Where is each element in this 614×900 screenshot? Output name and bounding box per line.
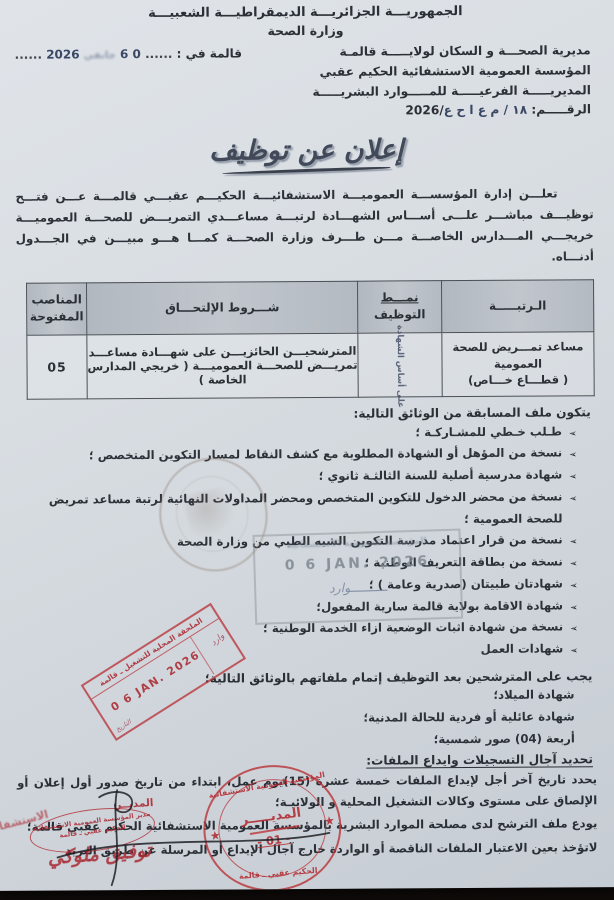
date-year: 2026 bbox=[46, 47, 79, 61]
list-item-text: نسخة من المؤهل أو الشهادة المطلوبة مع كش… bbox=[89, 443, 562, 468]
cell-conditions: المترشحيـــن الحائزيـــن على شهـــادة مس… bbox=[87, 333, 358, 399]
list-item-text: نسخة من قرار اعتماد مدرسة التكوين الشبه … bbox=[177, 530, 563, 554]
table-header-mode-line1: نمـــط bbox=[358, 289, 441, 307]
arrow-bullet-icon: ➢ bbox=[569, 447, 577, 465]
republic-line: الجمهوريـــة الجزائريـــة الديمقراطيـــة… bbox=[0, 3, 614, 22]
list-item: ➢شهادات العمل bbox=[14, 639, 578, 664]
documents-list-title: يتكون ملف المسابقة من الوثائق التالية: bbox=[0, 405, 591, 423]
announcement-title: إعلان عن توظيف bbox=[0, 133, 614, 168]
list-item-text: نسخة من شهادة اثبات الوضعية ازاء الخدمة … bbox=[263, 617, 563, 641]
mode-handwritten-note: على أساس الشهادة bbox=[395, 325, 406, 408]
post-hiring-list: شهادة الميلاد؛ شهادة عائلية أو فردية للح… bbox=[14, 684, 574, 753]
date-dots-leading: ...... bbox=[145, 47, 172, 61]
cell-mode: على أساس الشهادة bbox=[358, 332, 442, 397]
reference-handwritten: ١٨ / م ع ا ح ع bbox=[444, 103, 527, 118]
list-item-text: شهادة عائلية أو فردية للحالة المدنية؛ bbox=[363, 706, 574, 729]
list-item-text: شهادتان طبيتان (صدرية وعامة ) ؛ bbox=[369, 573, 563, 596]
arrow-bullet-icon: ➢ bbox=[569, 468, 577, 486]
arrow-bullet-icon: ➢ bbox=[570, 577, 578, 595]
table-header-row: الـرتبـــــة نمـــط التوظيف شـــروط الإل… bbox=[27, 279, 594, 334]
arrow-bullet-icon: ➢ bbox=[569, 425, 577, 443]
national-header: الجمهوريـــة الجزائريـــة الديمقراطيـــة… bbox=[0, 0, 614, 40]
arrow-bullet-icon: ➢ bbox=[570, 643, 578, 661]
list-item-text: شهادة مدرسية أصلية للسنة الثالثـة ثانوي … bbox=[319, 465, 563, 488]
title-underline bbox=[222, 166, 390, 174]
list-item-text: نسخة من بطاقة التعريف الوطنية ؛ bbox=[365, 552, 563, 575]
date-day-stamped: 0 6 bbox=[120, 47, 141, 61]
org-line-1: مديرية الصحـــة و السكان لولايـــــة قال… bbox=[312, 41, 591, 62]
arrow-bullet-icon: ➢ bbox=[570, 621, 578, 639]
table-header-conditions: شـــروط الإلتحـــاق bbox=[87, 281, 358, 335]
reference-year: /2026 bbox=[405, 103, 443, 117]
scanned-photo: الجمهوريـــة الجزائريـــة الديمقراطيـــة… bbox=[0, 0, 614, 900]
list-item-text: نسخة من محضر الدخول للتكوين المتخصص ومحض… bbox=[13, 486, 562, 533]
documents-list: ➢طـلب خـطي للمشـاركـة ؛ ➢نسخة من المؤهل … bbox=[13, 421, 578, 664]
list-item-text: طـلب خـطي للمشـاركـة ؛ bbox=[415, 421, 562, 444]
table-row: مساعد تمـــريض للصحة العمومية ( قطـــاع … bbox=[27, 331, 594, 398]
deadline-paragraph-2: يودع ملف الترشح لدى مصلحة الموارد البشري… bbox=[17, 813, 597, 837]
positions-count: 05 bbox=[47, 359, 66, 374]
table-header-mode-line2: التوظيف bbox=[358, 306, 441, 324]
rank-line1: مساعد تمـــريض للصحة العمومية bbox=[442, 339, 593, 373]
list-item-text: شهادة الاقامة بولاية قالمة سارية المفعول… bbox=[316, 595, 563, 618]
date-line: قالمة في : ...... 0 6 جانفي 2026 ...... bbox=[15, 46, 243, 123]
list-item-text: شهادات العمل bbox=[481, 639, 564, 661]
org-line-3: المديريـــــة الفرعيـــــة للمـــــوارد … bbox=[312, 81, 591, 102]
list-item: أربعة (04) صور شمسية؛ bbox=[15, 728, 575, 753]
list-item: ➢نسخة من محضر الدخول للتكوين المتخصص ومح… bbox=[13, 486, 577, 533]
document-page: الجمهوريـــة الجزائريـــة الديمقراطيـــة… bbox=[0, 0, 614, 891]
cell-positions: 05 bbox=[27, 334, 87, 398]
deadline-paragraph-3: لاتؤخذ بعين الاعتبار الملفات الناقصة أو … bbox=[17, 837, 597, 861]
recruitment-table: الـرتبـــــة نمـــط التوظيف شـــروط الإل… bbox=[26, 279, 595, 399]
arrow-bullet-icon: ➢ bbox=[570, 599, 578, 617]
table-header-positions: المناصب المفتوحة bbox=[27, 282, 87, 334]
document-content: الجمهوريـــة الجزائريـــة الديمقراطيـــة… bbox=[0, 0, 614, 891]
reference-number-line: الرقـــــم: ١٨ / م ع ا ح ع/2026 bbox=[312, 101, 591, 122]
table-header-positions-line1: المناصب bbox=[27, 291, 86, 309]
date-label: قالمة في : bbox=[177, 46, 242, 60]
organization-block: مديرية الصحـــة و السكان لولايـــــة قال… bbox=[312, 41, 591, 122]
arrow-bullet-icon: ➢ bbox=[570, 534, 578, 552]
arrow-bullet-icon: ➢ bbox=[569, 490, 577, 530]
date-dots-trailing: ...... bbox=[15, 48, 42, 62]
table-header-rank: الـرتبـــــة bbox=[442, 279, 594, 332]
intro-paragraph: تعلـــن إدارة المؤسســـة العموميـــة الا… bbox=[15, 183, 594, 270]
deadline-paragraph-1: يحدد تاريخ آخر أجل لإيداع الملفات خمسة ع… bbox=[17, 770, 597, 814]
table-header-positions-line2: المفتوحة bbox=[27, 308, 86, 326]
org-line-2: المؤسسة العمومية الاستشفائية الحكيم عقبي bbox=[312, 61, 591, 82]
reference-label: الرقـــــم: bbox=[531, 103, 591, 117]
cell-rank: مساعد تمـــريض للصحة العمومية ( قطـــاع … bbox=[442, 331, 594, 396]
deadlines-heading: تحديد آجال التسجيلات وايداع الملفات: bbox=[0, 753, 593, 771]
rank-line2: ( قطـــاع خـــاص) bbox=[443, 372, 594, 389]
header-row: مديرية الصحـــة و السكان لولايـــــة قال… bbox=[0, 36, 614, 124]
list-item-text: أربعة (04) صور شمسية؛ bbox=[434, 728, 575, 751]
list-item-text: شهادة الميلاد؛ bbox=[493, 684, 574, 706]
arrow-bullet-icon: ➢ bbox=[570, 556, 578, 574]
date-month-smudge: جانفي bbox=[84, 50, 116, 61]
